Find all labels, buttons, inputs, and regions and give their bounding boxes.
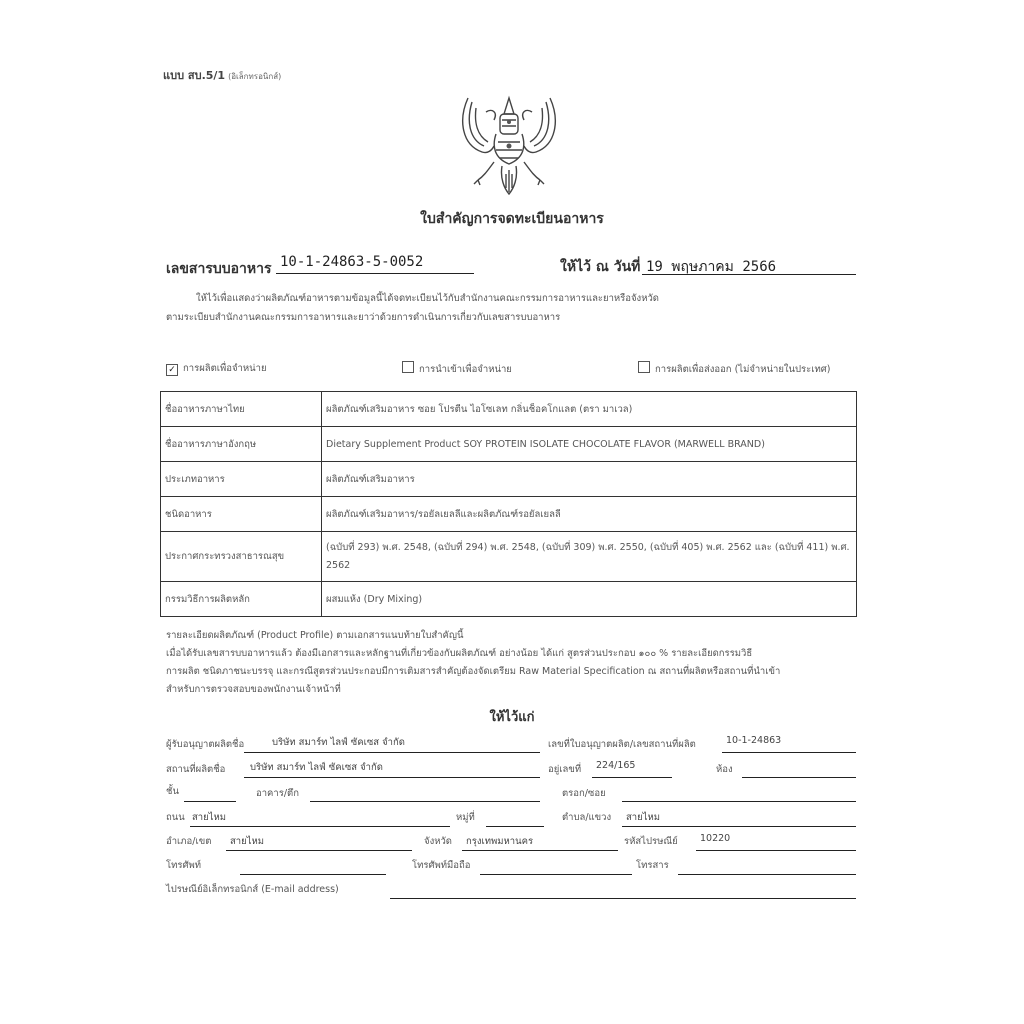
- intro-line-2: ตามระเบียบสำนักงานคณะกรรมการอาหารและยาว่…: [166, 310, 560, 325]
- room-label: ห้อง: [716, 762, 733, 777]
- phone-underline: [240, 874, 386, 875]
- floor-underline: [184, 801, 236, 802]
- intro-line-1: ให้ไว้เพื่อแสดงว่าผลิตภัณฑ์อาหารตามข้อมู…: [196, 291, 659, 306]
- postcode-underline: [696, 850, 856, 851]
- province-label: จังหวัด: [424, 834, 452, 849]
- licensee-value: บริษัท สมาร์ท ไลฟ์ ซัคเซส จำกัด: [272, 735, 405, 750]
- purpose-option-import-for-sale[interactable]: การนำเข้าเพื่อจำหน่าย: [402, 361, 512, 377]
- registration-number-value: 10-1-24863-5-0052: [280, 254, 423, 270]
- subdistrict-underline: [622, 826, 856, 827]
- issue-date-underline: [642, 274, 856, 275]
- soi-underline: [622, 801, 856, 802]
- food-category-value: ผลิตภัณฑ์เสริมอาหาร: [322, 462, 857, 497]
- purpose-option-label: การผลิตเพื่อส่งออก (ไม่จำหน่ายในประเทศ): [655, 364, 831, 375]
- document-title: ใบสำคัญการจดทะเบียนอาหาร: [0, 208, 1024, 230]
- table-row: กรรมวิธีการผลิตหลัก ผสมแห้ง (Dry Mixing): [161, 582, 857, 617]
- license-number-value: 10-1-24863: [726, 735, 781, 746]
- district-value: สายไหม: [230, 834, 264, 849]
- form-code-note: (อิเล็กทรอนิกส์): [228, 72, 281, 81]
- checkbox-unchecked-icon[interactable]: [638, 361, 650, 373]
- product-profile-note: รายละเอียดผลิตภัณฑ์ (Product Profile) ตา…: [166, 627, 463, 645]
- table-row: ประเภทอาหาร ผลิตภัณฑ์เสริมอาหาร: [161, 462, 857, 497]
- purpose-option-label: การผลิตเพื่อจำหน่าย: [183, 363, 267, 374]
- email-label: ไปรษณีย์อิเล็กทรอนิกส์ (E-mail address): [166, 882, 339, 897]
- building-label: อาคาร/ตึก: [256, 786, 299, 801]
- subdistrict-label: ตำบล/แขวง: [562, 810, 611, 825]
- building-underline: [310, 801, 540, 802]
- checkbox-checked-icon[interactable]: ✓: [166, 364, 178, 376]
- requirements-note-line-3: สำหรับการตรวจสอบของพนักงานเจ้าหน้าที่: [166, 681, 341, 699]
- mobile-label: โทรศัพท์มือถือ: [412, 858, 470, 873]
- province-value: กรุงเทพมหานคร: [466, 834, 533, 849]
- thai-name-label: ชื่ออาหารภาษาไทย: [161, 392, 322, 427]
- food-info-table: ชื่ออาหารภาษาไทย ผลิตภัณฑ์เสริมอาหาร ซอย…: [160, 391, 857, 617]
- room-underline: [742, 777, 856, 778]
- road-value: สายไหม: [192, 810, 226, 825]
- thai-name-value: ผลิตภัณฑ์เสริมอาหาร ซอย โปรตีน ไอโซเลท ก…: [322, 392, 857, 427]
- email-underline: [390, 898, 856, 899]
- registration-number-underline: [276, 273, 474, 274]
- postcode-value: 10220: [700, 833, 730, 844]
- purpose-option-manufacture-for-sale[interactable]: ✓การผลิตเพื่อจำหน่าย: [166, 361, 267, 376]
- address-number-label: อยู่เลขที่: [548, 762, 581, 777]
- requirements-note-line-2: การผลิต ชนิดภาชนะบรรจุ และกรณีสูตรส่วนปร…: [166, 663, 780, 681]
- requirements-note-line-1: เมื่อได้รับเลขสารบบอาหารแล้ว ต้องมีเอกสา…: [166, 645, 752, 663]
- food-category-label: ประเภทอาหาร: [161, 462, 322, 497]
- production-process-label: กรรมวิธีการผลิตหลัก: [161, 582, 322, 617]
- license-number-underline: [722, 752, 856, 753]
- table-row: ชนิดอาหาร ผลิตภัณฑ์เสริมอาหาร/รอยัลเยลลี…: [161, 497, 857, 532]
- subdistrict-value: สายไหม: [626, 810, 660, 825]
- fax-underline: [678, 874, 856, 875]
- table-row: ชื่ออาหารภาษาอังกฤษ Dietary Supplement P…: [161, 427, 857, 462]
- site-name-value: บริษัท สมาร์ท ไลฟ์ ซัคเซส จำกัด: [250, 760, 383, 775]
- district-label: อำเภอ/เขต: [166, 834, 211, 849]
- floor-label: ชั้น: [166, 784, 179, 799]
- moo-label: หมู่ที่: [456, 810, 475, 825]
- address-number-underline: [592, 777, 672, 778]
- road-label: ถนน: [166, 810, 185, 825]
- english-name-label: ชื่ออาหารภาษาอังกฤษ: [161, 427, 322, 462]
- table-row: ประกาศกระทรวงสาธารณสุข (ฉบับที่ 293) พ.ศ…: [161, 532, 857, 582]
- site-name-underline: [244, 777, 540, 778]
- licensee-underline: [244, 752, 540, 753]
- address-number-value: 224/165: [596, 760, 635, 771]
- issue-date-label: ให้ไว้ ณ วันที่: [560, 256, 640, 278]
- site-name-label: สถานที่ผลิตชื่อ: [166, 762, 225, 777]
- form-code: แบบ สบ.5/1(อิเล็กทรอนิกส์): [163, 66, 281, 84]
- english-name-value: Dietary Supplement Product SOY PROTEIN I…: [322, 427, 857, 462]
- moo-underline: [486, 826, 544, 827]
- granted-to-title: ให้ไว้แก่: [0, 706, 1024, 727]
- purpose-option-label: การนำเข้าเพื่อจำหน่าย: [419, 364, 512, 375]
- table-row: ชื่ออาหารภาษาไทย ผลิตภัณฑ์เสริมอาหาร ซอย…: [161, 392, 857, 427]
- licensee-label: ผู้รับอนุญาตผลิตชื่อ: [166, 737, 244, 752]
- fax-label: โทรสาร: [636, 858, 669, 873]
- checkbox-unchecked-icon[interactable]: [402, 361, 414, 373]
- form-code-text: แบบ สบ.5/1: [163, 69, 225, 82]
- moph-notification-value: (ฉบับที่ 293) พ.ศ. 2548, (ฉบับที่ 294) พ…: [322, 532, 857, 582]
- road-underline: [190, 826, 450, 827]
- registration-number-label: เลขสารบบอาหาร: [166, 258, 272, 280]
- postcode-label: รหัสไปรษณีย์: [624, 834, 678, 849]
- garuda-emblem-icon: [448, 90, 570, 202]
- district-underline: [226, 850, 412, 851]
- phone-label: โทรศัพท์: [166, 858, 201, 873]
- production-process-value: ผสมแห้ง (Dry Mixing): [322, 582, 857, 617]
- province-underline: [462, 850, 618, 851]
- food-type-value: ผลิตภัณฑ์เสริมอาหาร/รอยัลเยลลีและผลิตภัณ…: [322, 497, 857, 532]
- purpose-option-manufacture-for-export[interactable]: การผลิตเพื่อส่งออก (ไม่จำหน่ายในประเทศ): [638, 361, 831, 377]
- food-type-label: ชนิดอาหาร: [161, 497, 322, 532]
- moph-notification-label: ประกาศกระทรวงสาธารณสุข: [161, 532, 322, 582]
- mobile-underline: [480, 874, 632, 875]
- license-number-label: เลขที่ใบอนุญาตผลิต/เลขสถานที่ผลิต: [548, 737, 696, 752]
- soi-label: ตรอก/ซอย: [562, 786, 606, 801]
